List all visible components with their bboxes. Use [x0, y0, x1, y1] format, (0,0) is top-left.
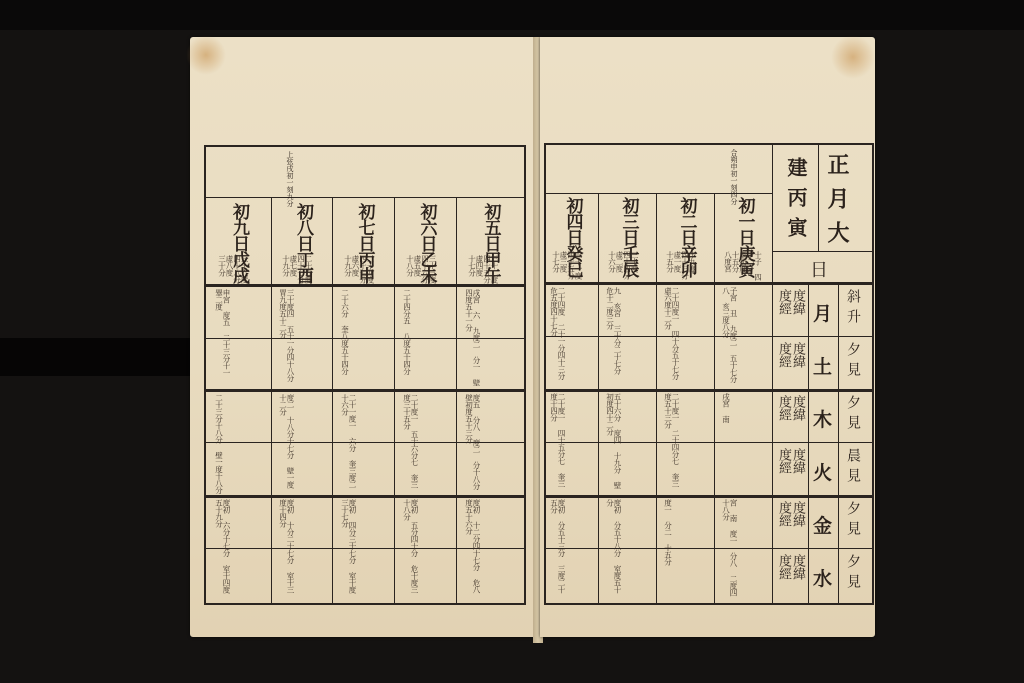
moon-cell: 二十六分 奎八度五十四分 — [341, 289, 349, 389]
column-divider — [714, 193, 715, 603]
planet-mercury: 水 — [813, 564, 832, 591]
right-page: 正月大 建丙寅 日 度經 度緯 月 斜升 度經 度緯 土 夕見 度經 度緯 木 … — [540, 37, 875, 637]
moon-observation: 斜升 — [846, 289, 860, 329]
jupiter-cell: 度初 十分二十七分 室十三度十四分 — [279, 499, 294, 599]
row-divider — [544, 495, 872, 498]
longitude-latitude-label: 度經 — [776, 342, 791, 368]
background-top — [0, 0, 1024, 30]
moon-cell: 二十四分五 八度五十四分 — [403, 289, 411, 389]
month-title: 正月大 — [826, 153, 848, 255]
saturn-cell: 五十六分 度四 十九分 壁初度四十二分 — [606, 393, 621, 493]
column-divider — [598, 193, 599, 603]
title-bottom-rule — [772, 251, 872, 252]
sun-position: 三十三度 四十六分 虛五度 十八分 — [406, 255, 436, 285]
jupiter-cell: 度初 四分三十七分 室十度三十七分 — [341, 499, 356, 599]
row-divider — [544, 336, 872, 337]
jupiter-cell: 度初 六分十七分 室十四度五十九分 — [215, 499, 230, 599]
planet-mars: 火 — [813, 458, 832, 485]
row-divider — [544, 389, 872, 392]
header-column-divider — [772, 145, 773, 603]
longitude-latitude-label: 度經 — [776, 501, 791, 527]
venus-cell: 度初 分五十八分 室度五十分 — [606, 499, 621, 599]
saturn-cell: 二十三分十八分 壁一度十八分 — [215, 394, 223, 494]
longitude-latitude-label: 度經 — [776, 554, 791, 580]
sun-position: 二十四度 四十七分 虛六度 十九分 — [344, 255, 374, 285]
obs-divider — [838, 282, 839, 603]
longitude-latitude-label: 度緯 — [790, 501, 805, 527]
water-stain — [831, 35, 875, 79]
jupiter-cell: 度初 五分四十分 危十度三十八分 — [403, 499, 418, 599]
moon-cell: 二十四度一 四十分五十七分 虛六度十二分 — [664, 287, 679, 387]
column-divider — [394, 197, 395, 603]
venus-cell: 度初 分五十三分 三度二十五分 — [550, 499, 565, 599]
background-shadow-band — [0, 338, 190, 376]
mercury-observation: 夕見 — [846, 554, 860, 594]
saturn-cell: 二十度一 五十六分七 奎三度三十五分 — [403, 394, 418, 494]
row-divider — [544, 548, 872, 549]
column-divider — [456, 197, 457, 603]
column-divider — [271, 197, 272, 603]
planet-divider — [808, 282, 809, 603]
book-spread: 上弦戌初一刻九分 初五日甲午 初六日乙未 初七日丙申 初八日丁酉 初九日戊戌 三… — [190, 37, 880, 645]
left-page: 上弦戌初一刻九分 初五日甲午 初六日乙未 初七日丙申 初八日丁酉 初九日戊戌 三… — [190, 37, 535, 637]
water-stain — [186, 35, 226, 75]
planet-venus: 金 — [813, 511, 832, 538]
planet-jupiter: 木 — [813, 405, 832, 432]
sun-position: 十九度 四十三分 虛一度 十五分 — [666, 251, 696, 281]
moon-cell: 子宮 丑 九度二 五十七分八 亥三度八分 — [722, 287, 737, 387]
longitude-latitude-label: 度經 — [776, 395, 791, 421]
longitude-latitude-label: 度緯 — [790, 289, 805, 315]
moon-cell: 戌宮 六 九度二 分一 壁四度五十一分 — [465, 289, 480, 389]
sun-position: 三十一度 四十五分 虛三度 十七分 — [552, 251, 582, 281]
column-divider — [332, 197, 333, 603]
mars-observation: 晨見 — [846, 448, 860, 488]
moon-cell: 二十四度 二十一分四十三分 危五度四十七分 — [550, 287, 565, 387]
sun-position: 三十二度 四十五分 虛四度 十七分 — [468, 255, 498, 285]
venus-observation: 夕見 — [846, 501, 860, 541]
jupiter-cell: 度初 十二分四十七分 危八度五十六分 — [465, 499, 480, 599]
moon-cell: 三十度四 五十一分四十八分 胃九度五十二分 — [279, 289, 294, 389]
sun-position: 二十五度 四十七分 虛七度 十九分 — [282, 255, 312, 285]
moon-cell: 九 亥宮 三十分二十七分 危十二度三分 — [606, 287, 621, 387]
saturn-observation: 夕見 — [846, 342, 860, 382]
sun-row-label: 日 — [810, 256, 828, 282]
longitude-latitude-label: 度經 — [776, 289, 791, 315]
longitude-latitude-label: 度緯 — [790, 342, 805, 368]
row-divider — [204, 389, 524, 392]
longitude-latitude-label: 度緯 — [790, 395, 805, 421]
planet-saturn: 土 — [813, 352, 832, 379]
saturn-cell: 度五 分八 度二 分十八分 壁初度五十三分 — [465, 394, 480, 494]
longitude-latitude-label: 度緯 — [790, 554, 805, 580]
jupiter-cell: 二十度一 二十四分七 奎三度五十三分 — [664, 393, 679, 493]
title-divider — [818, 145, 819, 251]
sun-position: 十子 四十二分 虛初度 十五分 八度宮 — [724, 251, 762, 281]
jupiter-cell: 戌宮 南 — [722, 393, 730, 493]
row-divider — [204, 495, 524, 498]
month-branch: 建丙寅 — [786, 157, 806, 247]
longitude-latitude-label: 度緯 — [790, 448, 805, 474]
sun-position: 三十六度 四十八分 虛八度 三十分 — [218, 255, 248, 285]
moon-cell: 申宮 度五 二十三分十一 畢二度 — [215, 289, 230, 389]
row-divider — [544, 282, 872, 285]
saturn-cell: 度二 十八分十七分 壁一度十二分 — [279, 394, 294, 494]
jupiter-cell: 二十度一 四十五分七 奎三度十四分 — [550, 393, 565, 493]
column-divider — [656, 193, 657, 603]
sun-position: 三十度 四十四分 虛二度 十六分 — [608, 251, 638, 281]
saturn-cell: 二十一度一 六分 奎三度二十六分 — [341, 394, 356, 494]
row-divider — [544, 442, 872, 443]
venus-cell: 度一 分二 十五分 — [664, 499, 672, 599]
planet-moon: 月 — [813, 299, 832, 326]
jupiter-observation: 夕見 — [846, 395, 860, 435]
longitude-latitude-label: 度經 — [776, 448, 791, 474]
venus-cell: 宮 南 度一 分八 二度四十八分 — [722, 499, 737, 599]
